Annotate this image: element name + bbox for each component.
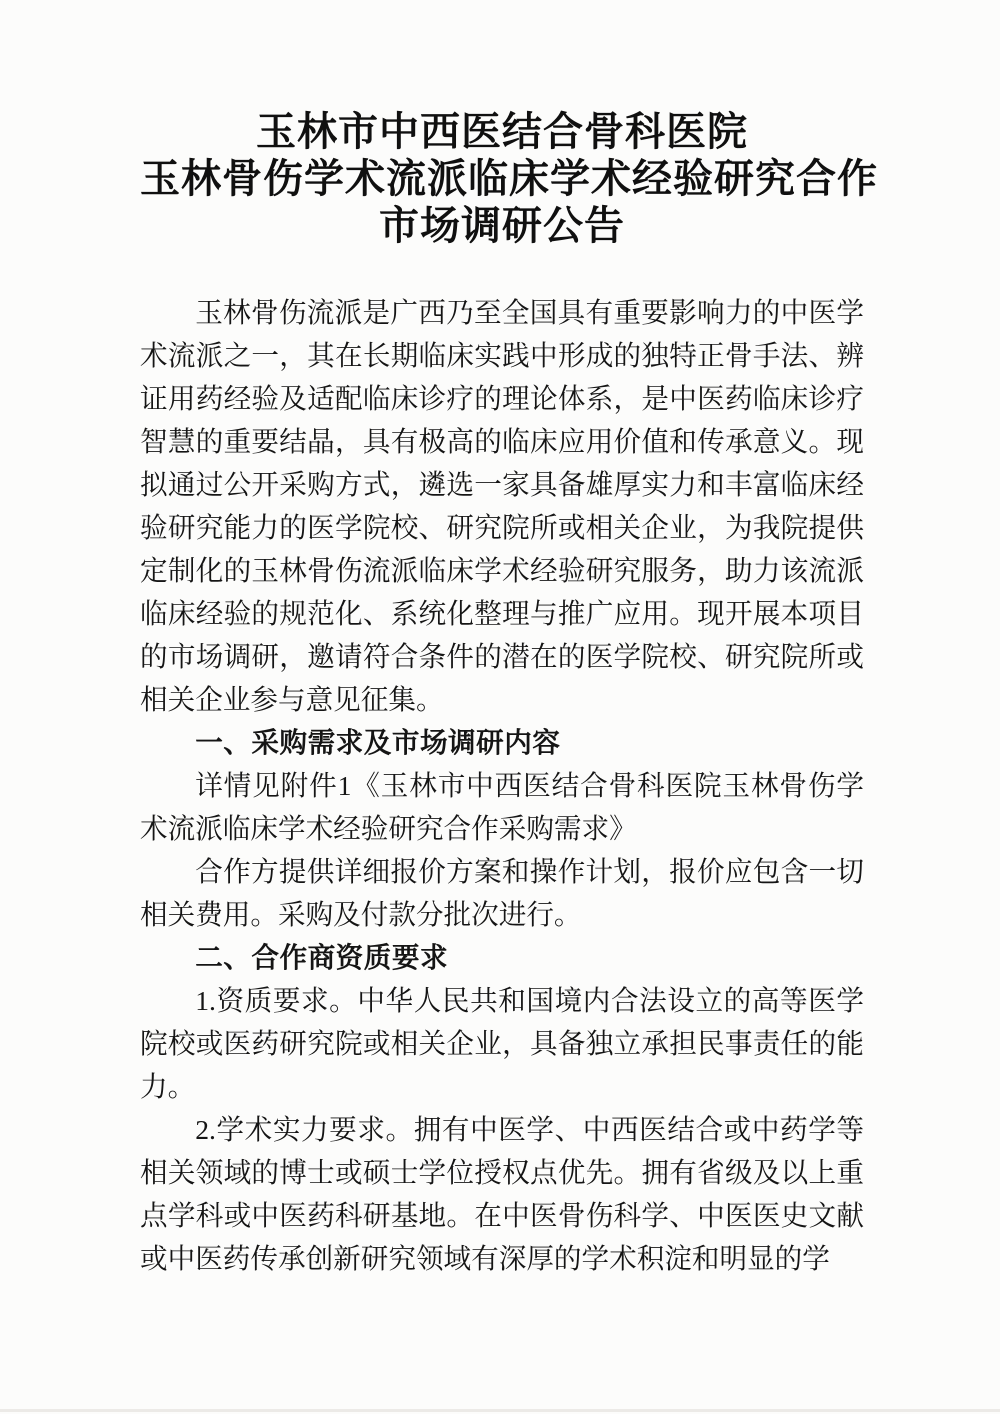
- paragraph-attachment-reference: 详情见附件1《玉林市中西医结合骨科医院玉林骨伤学术流派临床学术经验研究合作采购需…: [140, 764, 864, 850]
- paragraph-intro: 玉林骨伤流派是广西乃至全国具有重要影响力的中医学术流派之一，其在长期临床实践中形…: [140, 291, 864, 721]
- paragraph-quotation-requirement: 合作方提供详细报价方案和操作计划，报价应包含一切相关费用。采购及付款分批次进行。: [140, 850, 864, 936]
- document-content: 玉林市中西医结合骨科医院 玉林骨伤学术流派临床学术经验研究合作 市场调研公告 玉…: [140, 108, 864, 1280]
- paragraph-academic-strength-requirement: 2.学术实力要求。拥有中医学、中西医结合或中药学等相关领域的博士或硕士学位授权点…: [140, 1108, 864, 1280]
- scan-edge-artifact: [0, 1409, 1000, 1412]
- paragraph-qualification-requirement: 1.资质要求。中华人民共和国境内合法设立的高等医学院校或医药研究院或相关企业，具…: [140, 979, 864, 1108]
- document-body: 玉林骨伤流派是广西乃至全国具有重要影响力的中医学术流派之一，其在长期临床实践中形…: [140, 291, 864, 1280]
- section-heading-2: 二、合作商资质要求: [140, 936, 864, 979]
- section-heading-1: 一、采购需求及市场调研内容: [140, 721, 864, 764]
- title-line-1: 玉林市中西医结合骨科医院: [140, 108, 864, 155]
- title-line-2: 玉林骨伤学术流派临床学术经验研究合作: [140, 155, 864, 202]
- document-page: 玉林市中西医结合骨科医院 玉林骨伤学术流派临床学术经验研究合作 市场调研公告 玉…: [0, 0, 1000, 1414]
- title-line-3: 市场调研公告: [140, 202, 864, 249]
- document-title: 玉林市中西医结合骨科医院 玉林骨伤学术流派临床学术经验研究合作 市场调研公告: [140, 108, 864, 249]
